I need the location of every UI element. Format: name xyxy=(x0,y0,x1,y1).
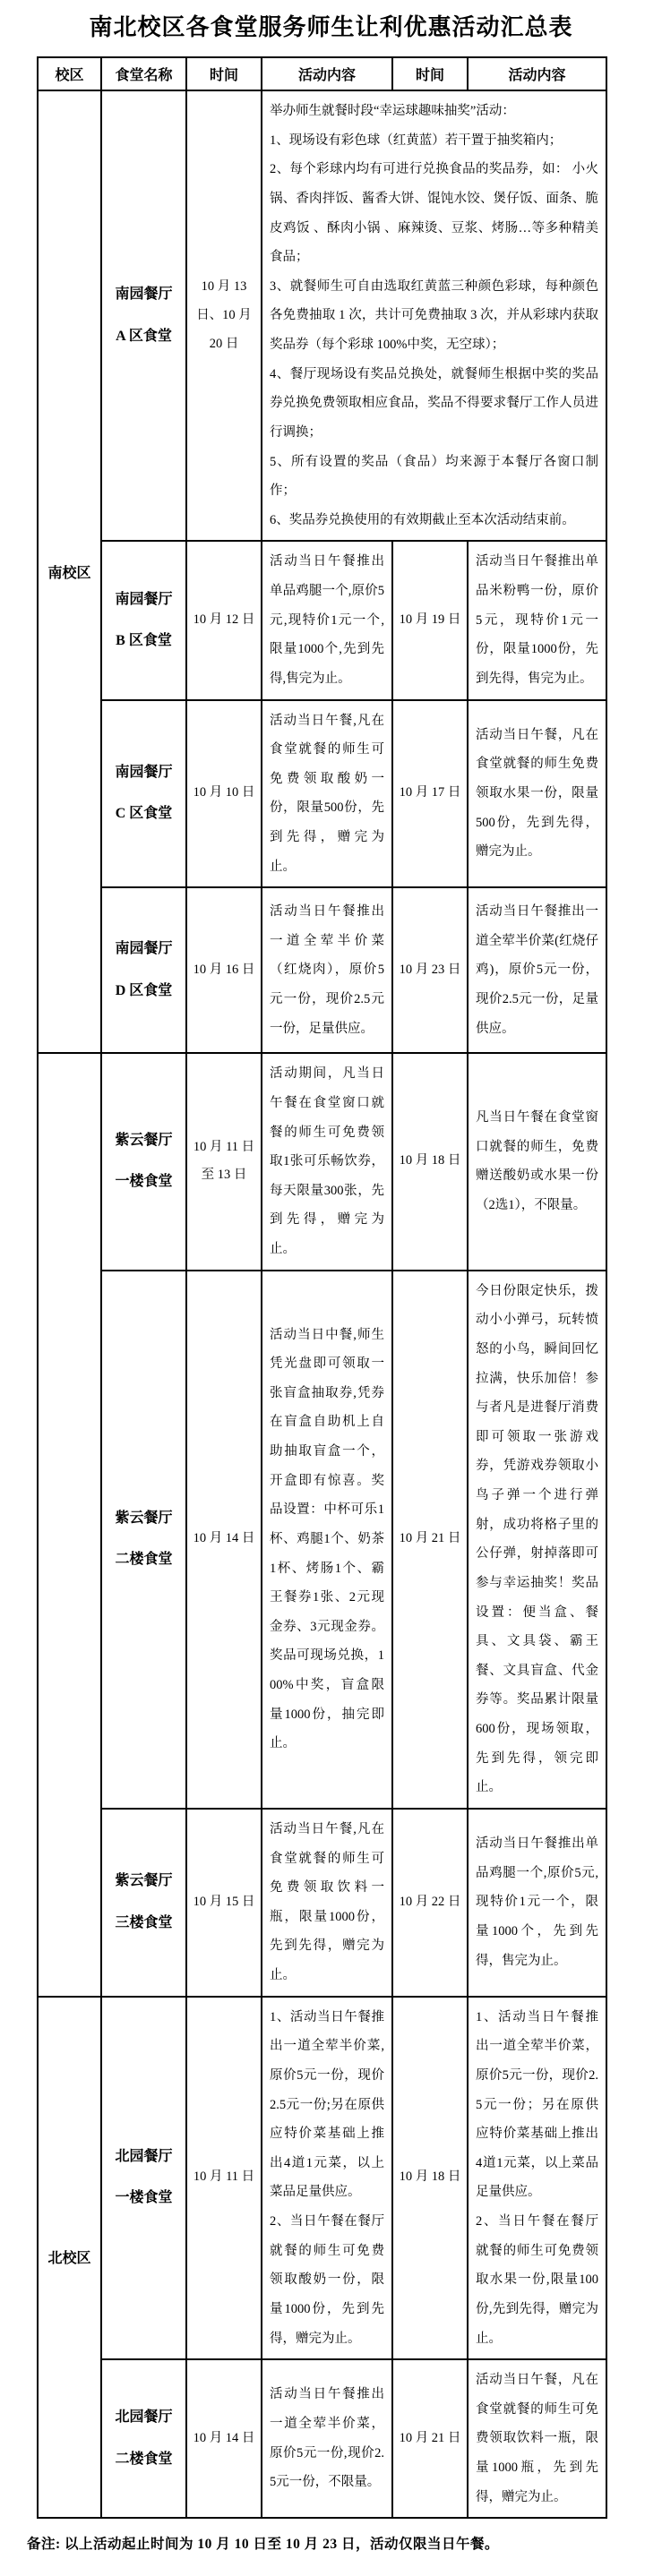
activity-cell: 1、活动当日午餐推出一道全荤半价菜，原价5元一份，现价2.5元一份；另在原供应特… xyxy=(468,1997,606,2360)
activity-cell: 活动当日午餐推出单品鸡腿一个,原价5元,现特价1元一个，限量1000个，先到先得… xyxy=(468,1809,606,1997)
header-activity-2: 活动内容 xyxy=(468,57,606,90)
summary-table: 校区 食堂名称 时间 活动内容 时间 活动内容 南校区 南园餐厅 A 区食堂 1… xyxy=(37,56,607,2519)
activity-cell: 今日份限定快乐，拨动小小弹弓，玩转愤怒的小鸟，瞬间回忆拉满，快乐加倍！参与者凡是… xyxy=(468,1271,606,1809)
activity-cell: 活动当日午餐推出单品鸡腿一个,原价5元,现特价1元一个,限量1000个,先到先得… xyxy=(262,541,392,699)
table-row: 紫云餐厅 一楼食堂 10 月 11 日至 13 日 活动期间，凡当日午餐在食堂窗… xyxy=(38,1053,606,1270)
canteen-cell: 南园餐厅 A 区食堂 xyxy=(101,90,186,541)
document-page: 南北校区各食堂服务师生让利优惠活动汇总表 校区 食堂名称 时间 活动内容 时间 … xyxy=(0,0,662,2576)
time-cell: 10 月 22 日 xyxy=(392,1809,468,1997)
canteen-cell: 南园餐厅 D 区食堂 xyxy=(101,887,186,1053)
table-row: 紫云餐厅 三楼食堂 10 月 15 日 活动当日午餐,凡在食堂就餐的师生可免费领… xyxy=(38,1809,606,1997)
header-time-2: 时间 xyxy=(392,57,468,90)
table-row: 南园餐厅 D 区食堂 10 月 16 日 活动当日午餐推出一道全荤半价菜（红烧肉… xyxy=(38,887,606,1053)
activity-cell: 活动当日午餐推出单品米粉鸭一份，原价5元，现特价1元一份，限量1000份，先到先… xyxy=(468,541,606,699)
time-cell: 10 月 10 日 xyxy=(186,700,262,888)
header-row: 校区 食堂名称 时间 活动内容 时间 活动内容 xyxy=(38,57,606,90)
activity-cell: 活动当日午餐推出一道全荤半价菜（红烧肉），原价5元一份，现价2.5元一份，足量供… xyxy=(262,887,392,1053)
activity-cell: 凡当日午餐在食堂窗口就餐的师生，免费赠送酸奶或水果一份（2选1），不限量。 xyxy=(468,1053,606,1270)
activity-cell: 活动当日午餐，凡在食堂就餐的师生免费领取水果一份，限量500份，先到先得，赠完为… xyxy=(468,700,606,888)
time-cell: 10 月 12 日 xyxy=(186,541,262,699)
table-row: 南园餐厅 C 区食堂 10 月 10 日 活动当日午餐,凡在食堂就餐的师生可免费… xyxy=(38,700,606,888)
activity-cell: 活动当日午餐推出一道全荤半价菜(红烧仔鸡)，原价5元一份，现价2.5元一份，足量… xyxy=(468,887,606,1053)
canteen-cell: 紫云餐厅 二楼食堂 xyxy=(101,1271,186,1809)
activity-cell: 活动当日午餐推出一道全荤半价菜，原价5元一份,现价2.5元一份，不限量。 xyxy=(262,2359,392,2518)
canteen-cell: 北园餐厅 二楼食堂 xyxy=(101,2359,186,2518)
time-cell: 10 月 11 日 xyxy=(186,1997,262,2360)
activity-cell: 活动当日中餐,师生凭光盘即可领取一张盲盒抽取券,凭券在盲盒自助机上自助抽取盲盒一… xyxy=(262,1271,392,1809)
activity-cell: 举办师生就餐时段“幸运球趣味抽奖”活动： 1、现场设有彩色球（红黄蓝）若干置于抽… xyxy=(262,90,606,541)
time-cell: 10 月 13 日、10 月 20 日 xyxy=(186,90,262,541)
table-row: 北园餐厅 二楼食堂 10 月 14 日 活动当日午餐推出一道全荤半价菜，原价5元… xyxy=(38,2359,606,2518)
page-title: 南北校区各食堂服务师生让利优惠活动汇总表 xyxy=(0,9,662,42)
header-activity-1: 活动内容 xyxy=(262,57,392,90)
activity-cell: 1、活动当日午餐推出一道全荤半价菜,原价5元一份，现价2.5元一份;另在原供应特… xyxy=(262,1997,392,2360)
time-cell: 10 月 15 日 xyxy=(186,1809,262,1997)
table-row: 南校区 南园餐厅 A 区食堂 10 月 13 日、10 月 20 日 举办师生就… xyxy=(38,90,606,541)
activity-cell: 活动当日午餐,凡在食堂就餐的师生可免费领取饮料一瓶，限量1000份，先到先得，赠… xyxy=(262,1809,392,1997)
footer-note: 备注: 以上活动起止时间为 10 月 10 日至 10 月 23 日，活动仅限当… xyxy=(27,2533,662,2553)
time-cell: 10 月 23 日 xyxy=(392,887,468,1053)
time-cell: 10 月 18 日 xyxy=(392,1997,468,2360)
activity-cell: 活动期间，凡当日午餐在食堂窗口就餐的师生可免费领取1张可乐畅饮券，每天限量300… xyxy=(262,1053,392,1270)
canteen-cell: 紫云餐厅 一楼食堂 xyxy=(101,1053,186,1270)
header-canteen: 食堂名称 xyxy=(101,57,186,90)
header-campus: 校区 xyxy=(38,57,101,90)
time-cell: 10 月 14 日 xyxy=(186,1271,262,1809)
table-row: 南园餐厅 B 区食堂 10 月 12 日 活动当日午餐推出单品鸡腿一个,原价5元… xyxy=(38,541,606,699)
canteen-cell: 紫云餐厅 三楼食堂 xyxy=(101,1809,186,1997)
campus-cell-south: 南校区 xyxy=(38,90,101,1053)
activity-cell: 活动当日午餐,凡在食堂就餐的师生可免费领取酸奶一份，限量500份，先到先得，赠完… xyxy=(262,700,392,888)
canteen-cell: 南园餐厅 B 区食堂 xyxy=(101,541,186,699)
campus-cell-empty xyxy=(38,1053,101,1996)
header-time-1: 时间 xyxy=(186,57,262,90)
time-cell: 10 月 21 日 xyxy=(392,1271,468,1809)
activity-cell: 活动当日午餐，凡在食堂就餐的师生可免费领取饮料一瓶，限量1000瓶，先到先得，赠… xyxy=(468,2359,606,2518)
time-cell: 10 月 21 日 xyxy=(392,2359,468,2518)
canteen-cell: 北园餐厅 一楼食堂 xyxy=(101,1997,186,2360)
canteen-cell: 南园餐厅 C 区食堂 xyxy=(101,700,186,888)
table-row: 北校区 北园餐厅 一楼食堂 10 月 11 日 1、活动当日午餐推出一道全荤半价… xyxy=(38,1997,606,2360)
time-cell: 10 月 17 日 xyxy=(392,700,468,888)
time-cell: 10 月 14 日 xyxy=(186,2359,262,2518)
table-row: 紫云餐厅 二楼食堂 10 月 14 日 活动当日中餐,师生凭光盘即可领取一张盲盒… xyxy=(38,1271,606,1809)
time-cell: 10 月 11 日至 13 日 xyxy=(186,1053,262,1270)
campus-cell-north: 北校区 xyxy=(38,1997,101,2519)
time-cell: 10 月 18 日 xyxy=(392,1053,468,1270)
time-cell: 10 月 16 日 xyxy=(186,887,262,1053)
time-cell: 10 月 19 日 xyxy=(392,541,468,699)
